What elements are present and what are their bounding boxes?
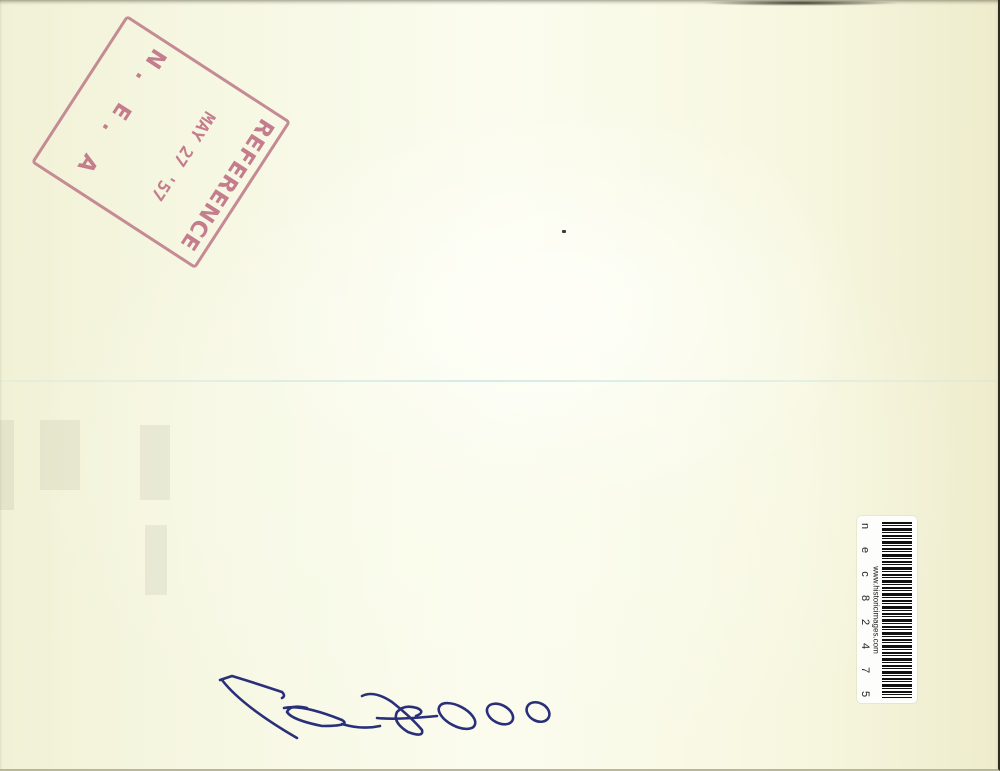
barcode-digit: 2 (859, 619, 871, 625)
barcode-icon (882, 522, 912, 698)
stamp-organization: N. E. A (67, 44, 171, 186)
barcode-digit: 8 (859, 595, 871, 601)
show-through-mark (145, 525, 167, 595)
barcode-digit: n (859, 523, 871, 529)
barcode-digit: 5 (859, 691, 871, 697)
fold-line (0, 380, 998, 382)
barcode-digit: c (859, 571, 871, 577)
barcode-digit: 4 (859, 643, 871, 649)
show-through-mark (0, 420, 14, 510)
barcode-digits: n e c 8 2 4 7 5 (859, 520, 871, 700)
barcode-digit: 7 (859, 667, 871, 673)
handwritten-number: 7e8000 (212, 668, 562, 748)
barcode-sticker: n e c 8 2 4 7 5 www.historicimages.com (857, 516, 917, 703)
barcode-url: www.historicimages.com (872, 566, 881, 654)
show-through-mark (140, 425, 170, 500)
handwriting-strokes (212, 668, 562, 748)
top-edge-shadow (700, 0, 900, 6)
dust-speck (562, 230, 566, 233)
show-through-mark (40, 420, 80, 490)
photo-back-paper: REFERENCE MAY 27 '57 N. E. A n e c 8 2 4… (0, 0, 1000, 771)
reference-stamp: REFERENCE MAY 27 '57 N. E. A (31, 15, 291, 269)
barcode-digit: e (859, 547, 871, 553)
